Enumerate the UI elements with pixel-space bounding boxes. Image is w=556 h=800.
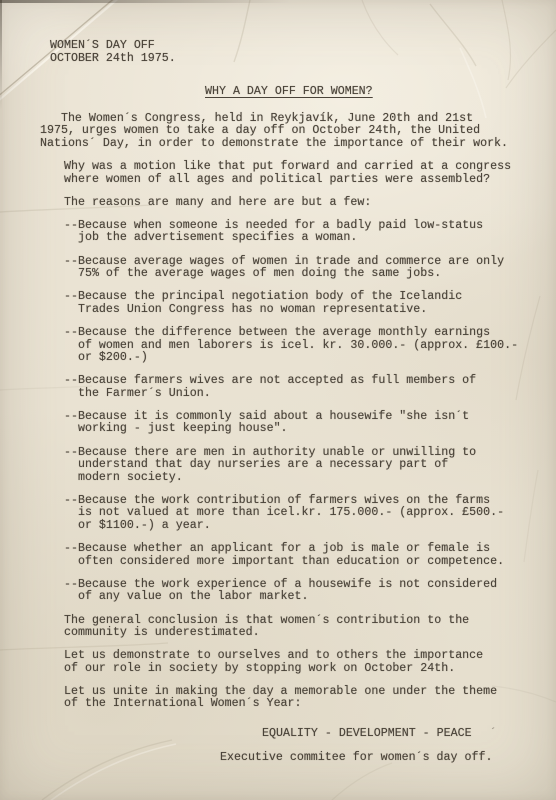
reason-item: --Because farmers wives are not accepted…: [64, 375, 556, 400]
question-paragraph: Why was a motion like that put forward a…: [64, 161, 556, 186]
slogan-row: EQUALITY - DEVELOPMENT - PEACE´: [262, 728, 556, 741]
slogan-text: EQUALITY - DEVELOPMENT - PEACE: [262, 727, 472, 740]
letterhead-org: WOMEN´S DAY OFF: [50, 40, 556, 53]
signature-line: Executive commitee for women´s day off.: [220, 752, 556, 765]
letterhead: WOMEN´S DAY OFF OCTOBER 24th 1975.: [50, 40, 556, 65]
conclusion-paragraph: The general conclusion is that women´s c…: [64, 615, 556, 640]
reason-item: --Because the difference between the ave…: [64, 327, 556, 365]
reason-item: --Because when someone is needed for a b…: [64, 220, 556, 245]
stray-apostrophe-mark: ´: [490, 727, 497, 740]
scanned-letter-page: WOMEN´S DAY OFF OCTOBER 24th 1975. WHY A…: [0, 0, 556, 800]
appeal-unite-paragraph: Let us unite in making the day a memorab…: [64, 686, 556, 711]
reason-item: --Because it is commonly said about a ho…: [64, 411, 556, 436]
reasons-lead-paragraph: The reasons are many and here are but a …: [64, 197, 556, 210]
reason-item: --Because there are men in authority una…: [64, 447, 556, 485]
document-title: WHY A DAY OFF FOR WOMEN?: [205, 86, 556, 99]
reason-item: --Because the work experience of a house…: [64, 579, 556, 604]
letterhead-date: OCTOBER 24th 1975.: [50, 53, 556, 66]
intro-paragraph: The Women´s Congress, held in Reykjavík,…: [40, 113, 556, 151]
reason-item: --Because average wages of women in trad…: [64, 256, 556, 281]
appeal-demonstrate-paragraph: Let us demonstrate to ourselves and to o…: [64, 650, 556, 675]
reason-item: --Because whether an applicant for a job…: [64, 543, 556, 568]
reason-item: --Because the principal negotiation body…: [64, 291, 556, 316]
screenshot-root: { "doc": { "header": { "org": "WOMEN´S D…: [0, 0, 556, 800]
reason-item: --Because the work contribution of farme…: [64, 495, 556, 533]
typewritten-document: WOMEN´S DAY OFF OCTOBER 24th 1975. WHY A…: [0, 0, 556, 800]
